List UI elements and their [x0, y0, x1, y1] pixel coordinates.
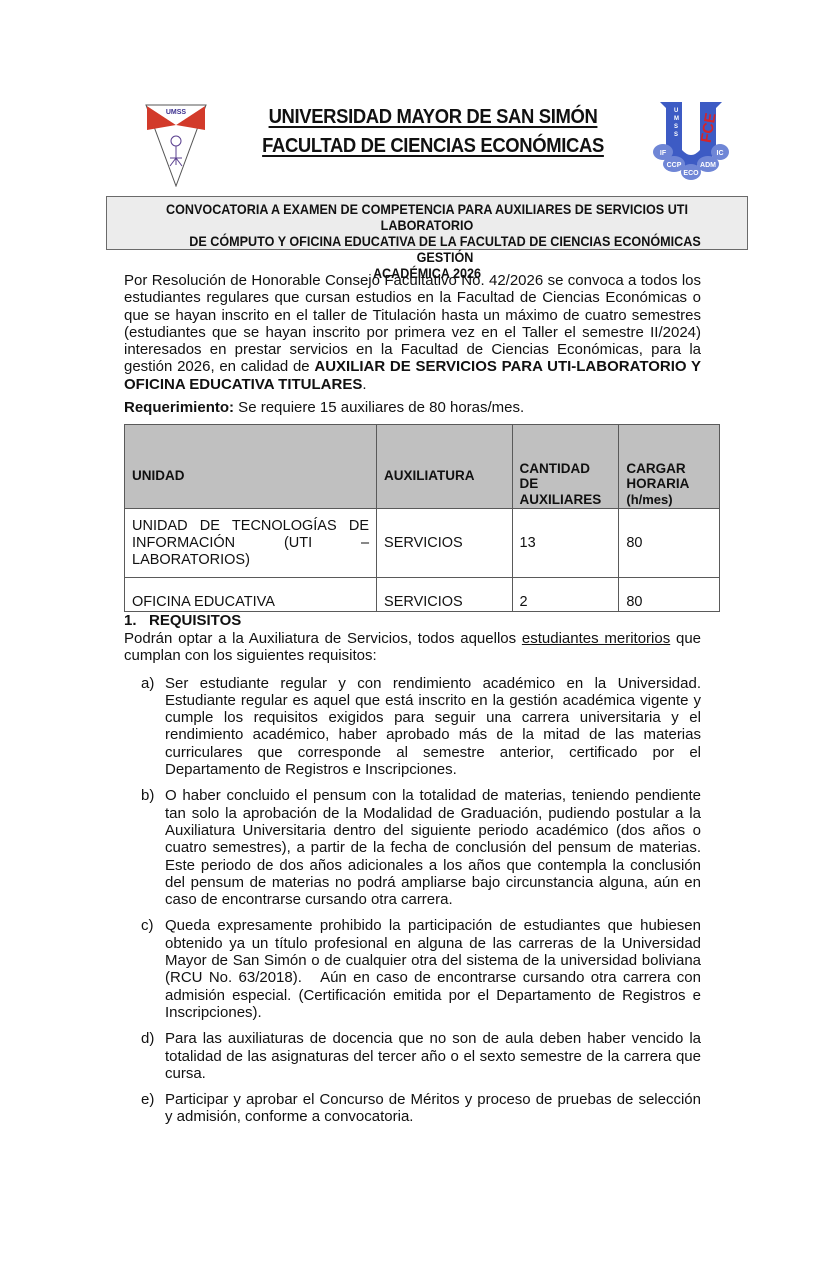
- requisitos-intro: Podrán optar a la Auxiliatura de Servici…: [124, 630, 701, 665]
- header-auxiliatura: AUXILIATURA: [377, 425, 513, 509]
- requirement-label: Requerimiento:: [124, 399, 234, 416]
- requirement-text: Se requiere 15 auxiliares de 80 horas/me…: [234, 399, 524, 416]
- cell-auxiliatura: SERVICIOS: [377, 509, 513, 578]
- fce-faculty-logo-icon: U M S S FCE IF CCP ECO ADM IC: [652, 98, 730, 182]
- university-name: UNIVERSIDAD MAYOR DE SAN SIMÓN: [259, 102, 606, 131]
- document-page: UMSS UNIVERSIDAD MAYOR DE SAN SIMÓN FACU…: [0, 0, 836, 1280]
- cell-cantidad: 2: [512, 578, 619, 612]
- list-item-label: b): [141, 787, 154, 804]
- list-item-text: Para las auxiliaturas de docencia que no…: [165, 1030, 701, 1082]
- faculty-name: FACULTAD DE CIENCIAS ECONÓMICAS: [259, 131, 606, 160]
- cell-unidad: OFICINA EDUCATIVA: [125, 578, 377, 612]
- auxiliares-table: UNIDAD AUXILIATURA CANTIDAD DE AUXILIARE…: [124, 424, 720, 612]
- convocatoria-title: CONVOCATORIA A EXAMEN DE COMPETENCIA PAR…: [139, 201, 715, 281]
- list-item: c) Queda expresamente prohibido la parti…: [124, 917, 701, 1021]
- header-cantidad-line-2: DE: [520, 476, 612, 492]
- document-header-titles: UNIVERSIDAD MAYOR DE SAN SIMÓN FACULTAD …: [259, 102, 606, 160]
- cell-unidad-line-2: INFORMACIÓN (UTI –: [132, 535, 369, 552]
- list-item-text: O haber concluido el pensum con la total…: [165, 787, 701, 908]
- section-number: 1.: [124, 612, 149, 629]
- cell-auxiliatura: SERVICIOS: [377, 578, 513, 612]
- section-title: REQUISITOS: [149, 612, 241, 629]
- list-item: e) Participar y aprobar el Concurso de M…: [124, 1091, 701, 1126]
- list-item-label: d): [141, 1030, 154, 1047]
- svg-text:M: M: [674, 116, 679, 122]
- svg-text:UMSS: UMSS: [166, 109, 187, 116]
- cell-unidad: UNIDAD DE TECNOLOGÍAS DE INFORMACIÓN (UT…: [125, 509, 377, 578]
- section-heading-requisitos: 1.REQUISITOS: [124, 612, 241, 629]
- requisitos-section: Podrán optar a la Auxiliatura de Servici…: [124, 630, 701, 1135]
- svg-text:CCP: CCP: [667, 162, 682, 169]
- header-cantidad-line-3: AUXILIARES: [520, 492, 612, 508]
- umss-pennant-logo-icon: UMSS: [145, 103, 207, 187]
- cell-carga: 80: [619, 509, 720, 578]
- convocatoria-title-box: CONVOCATORIA A EXAMEN DE COMPETENCIA PAR…: [106, 196, 748, 250]
- cell-cantidad: 13: [512, 509, 619, 578]
- list-item-text: Ser estudiante regular y con rendimiento…: [165, 675, 701, 778]
- list-item-label: a): [141, 675, 154, 692]
- svg-text:ECO: ECO: [683, 170, 699, 177]
- header-carga-line-2: HORARIA: [626, 476, 712, 492]
- list-item: d) Para las auxiliaturas de docencia que…: [124, 1030, 701, 1082]
- header-cantidad-line-1: CANTIDAD: [520, 461, 612, 477]
- table-row: UNIDAD DE TECNOLOGÍAS DE INFORMACIÓN (UT…: [125, 509, 720, 578]
- svg-text:U: U: [674, 108, 678, 114]
- list-item: b) O haber concluido el pensum con la to…: [124, 787, 701, 908]
- convocatoria-line-2: DE CÓMPUTO Y OFICINA EDUCATIVA DE LA FAC…: [139, 233, 715, 265]
- cell-unidad-line-3: LABORATORIOS): [132, 552, 369, 569]
- list-item: a) Ser estudiante regular y con rendimie…: [124, 675, 701, 779]
- header-carga: CARGAR HORARIA (h/mes): [619, 425, 720, 509]
- header-carga-line-1: CARGAR: [626, 461, 712, 477]
- svg-text:S: S: [674, 132, 678, 138]
- svg-text:IF: IF: [660, 150, 667, 157]
- header-cantidad: CANTIDAD DE AUXILIARES: [512, 425, 619, 509]
- header-carga-line-3: (h/mes): [626, 492, 712, 508]
- svg-text:S: S: [674, 124, 678, 130]
- cell-unidad-line-1: UNIDAD DE TECNOLOGÍAS DE: [132, 518, 369, 535]
- list-item-label: e): [141, 1091, 154, 1108]
- convocatoria-line-1: CONVOCATORIA A EXAMEN DE COMPETENCIA PAR…: [139, 201, 715, 233]
- table-row: OFICINA EDUCATIVA SERVICIOS 2 80: [125, 578, 720, 612]
- svg-text:ADM: ADM: [700, 162, 716, 169]
- list-item-label: c): [141, 917, 154, 934]
- list-item-text: Queda expresamente prohibido la particip…: [165, 917, 705, 1020]
- requirement-line: Requerimiento: Se requiere 15 auxiliares…: [124, 399, 701, 416]
- requisitos-intro-text: Podrán optar a la Auxiliatura de Servici…: [124, 630, 522, 647]
- intro-end: .: [362, 376, 366, 393]
- list-item-text: Participar y aprobar el Concurso de Méri…: [165, 1091, 701, 1125]
- cell-carga: 80: [619, 578, 720, 612]
- svg-text:IC: IC: [717, 150, 724, 157]
- header-unidad: UNIDAD: [125, 425, 377, 509]
- table-header-row: UNIDAD AUXILIATURA CANTIDAD DE AUXILIARE…: [125, 425, 720, 509]
- requisitos-intro-underlined: estudiantes meritorios: [522, 630, 670, 647]
- intro-paragraph: Por Resolución de Honorable Consejo Facu…: [124, 272, 701, 393]
